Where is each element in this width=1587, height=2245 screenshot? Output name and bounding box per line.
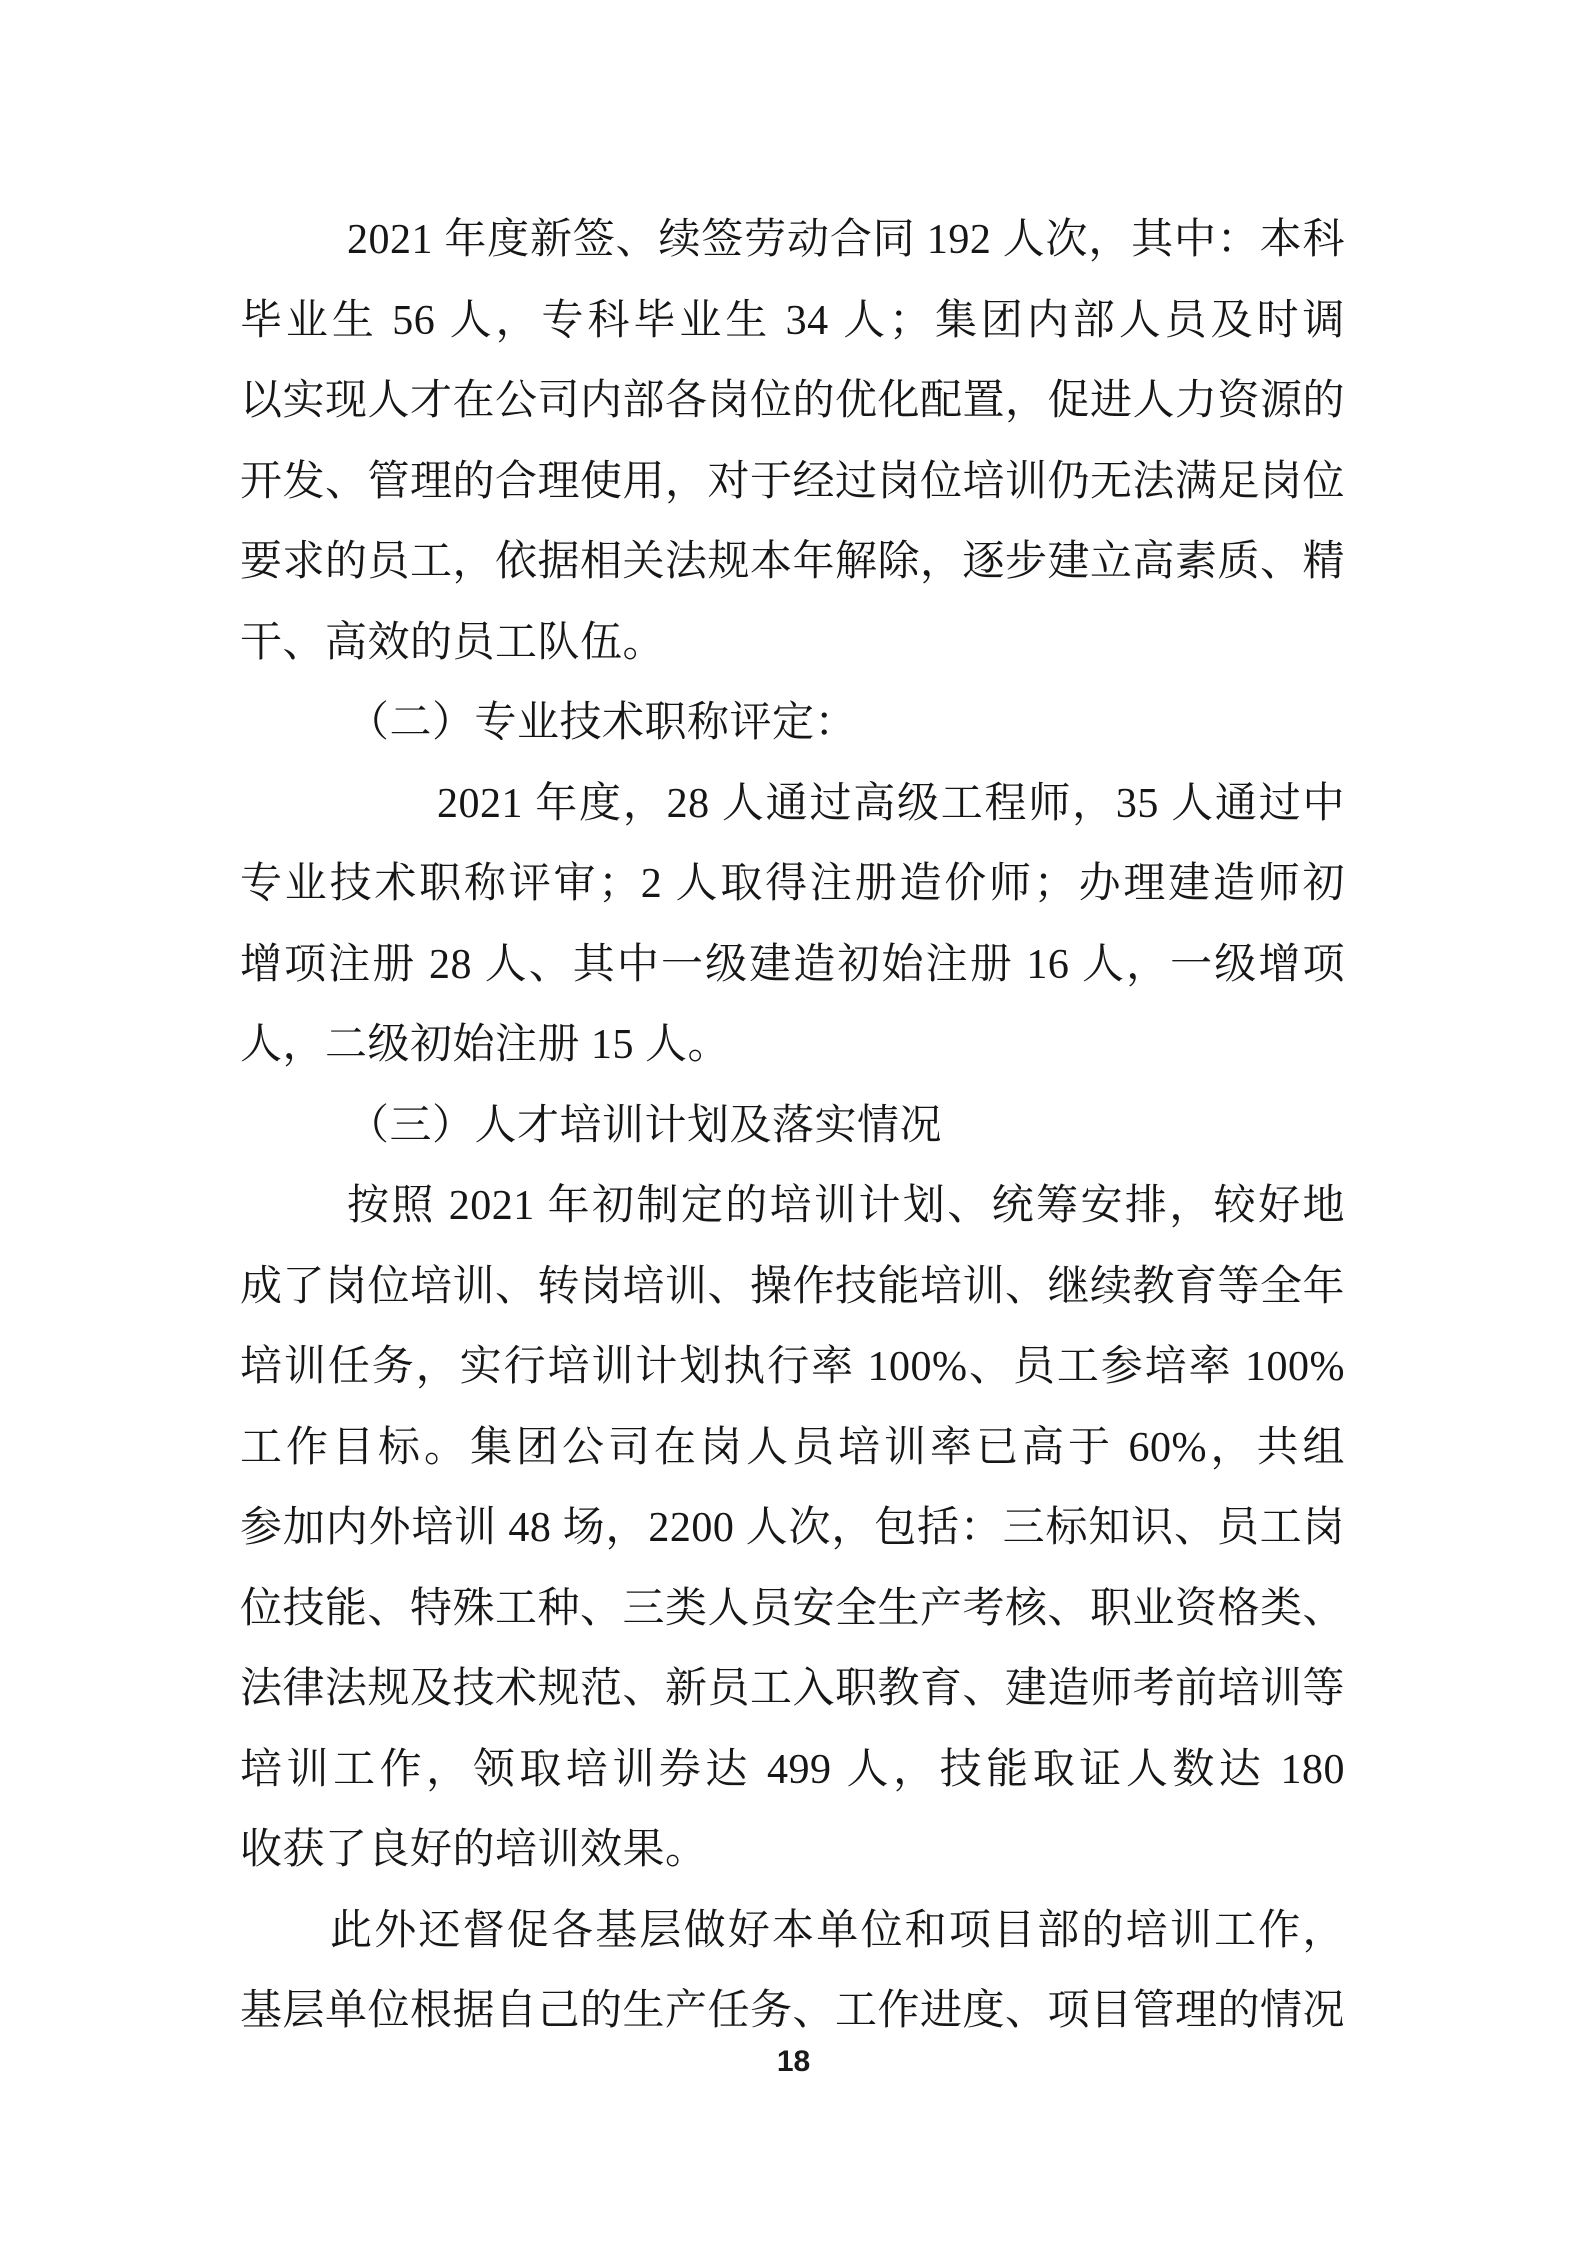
document-body: 2021 年度新签、续签劳动合同 192 人次，其中：本科 毕业生 56 人，专…	[240, 200, 1345, 2052]
text-line: 收获了良好的培训效果。	[240, 1810, 1345, 1891]
text-line: 开发、管理的合理使用，对于经过岗位培训仍无法满足岗位	[240, 442, 1345, 523]
text-line: 培训工作，领取培训券达 499 人，技能取证人数达 180 人。	[240, 1730, 1345, 1811]
paragraph: （三）人才培训计划及落实情况	[240, 1086, 1345, 1167]
paragraph: 按照 2021 年初制定的培训计划、统筹安排，较好地完 成了岗位培训、转岗培训、…	[240, 1166, 1345, 1891]
text-line: 培训任务，实行培训计划执行率 100%、员工参培率 100%的	[240, 1327, 1345, 1408]
paragraph: 此外还督促各基层做好本单位和项目部的培训工作，各 基层单位根据自己的生产任务、工…	[240, 1891, 1345, 2052]
text-line: 参加内外培训 48 场，2200 人次，包括：三标知识、员工岗	[240, 1488, 1345, 1569]
text-line: 基层单位根据自己的生产任务、工作进度、项目管理的情况	[240, 1971, 1345, 2052]
page-number: 18	[0, 2042, 1587, 2082]
paragraph: （二）专业技术职称评定：	[240, 683, 1345, 764]
text-line: 以实现人才在公司内部各岗位的优化配置，促进人力资源的	[240, 361, 1345, 442]
text-line: 工作目标。集团公司在岗人员培训率已高于 60%，共组织、	[240, 1408, 1345, 1489]
text-line: 按照 2021 年初制定的培训计划、统筹安排，较好地完	[240, 1166, 1345, 1247]
text-line: 人，二级初始注册 15 人。	[240, 1005, 1345, 1086]
text-line: 毕业生 56 人，专科毕业生 34 人；集团内部人员及时调整，	[240, 281, 1345, 362]
paragraph: 2021 年度新签、续签劳动合同 192 人次，其中：本科 毕业生 56 人，专…	[240, 200, 1345, 683]
text-line: 干、高效的员工队伍。	[240, 603, 1345, 684]
text-line: 此外还督促各基层做好本单位和项目部的培训工作，各	[240, 1891, 1345, 1972]
section-heading: （三）人才培训计划及落实情况	[240, 1086, 1345, 1167]
text-line: 位技能、特殊工种、三类人员安全生产考核、职业资格类、	[240, 1569, 1345, 1650]
paragraph: 2021 年度，28 人通过高级工程师，35 人通过中级 专业技术职称评审；2 …	[240, 764, 1345, 1086]
text-line: 增项注册 28 人、其中一级建造初始注册 16 人，一级增项 12	[240, 925, 1345, 1006]
section-heading: （二）专业技术职称评定：	[240, 683, 1345, 764]
text-line: 法律法规及技术规范、新员工入职教育、建造师考前培训等	[240, 1649, 1345, 1730]
text-line: 要求的员工，依据相关法规本年解除，逐步建立高素质、精	[240, 522, 1345, 603]
text-line: 成了岗位培训、转岗培训、操作技能培训、继续教育等全年	[240, 1247, 1345, 1328]
text-line: 2021 年度，28 人通过高级工程师，35 人通过中级	[240, 764, 1345, 845]
text-line: 2021 年度新签、续签劳动合同 192 人次，其中：本科	[240, 200, 1345, 281]
text-line: 专业技术职称评审；2 人取得注册造价师；办理建造师初始、	[240, 844, 1345, 925]
